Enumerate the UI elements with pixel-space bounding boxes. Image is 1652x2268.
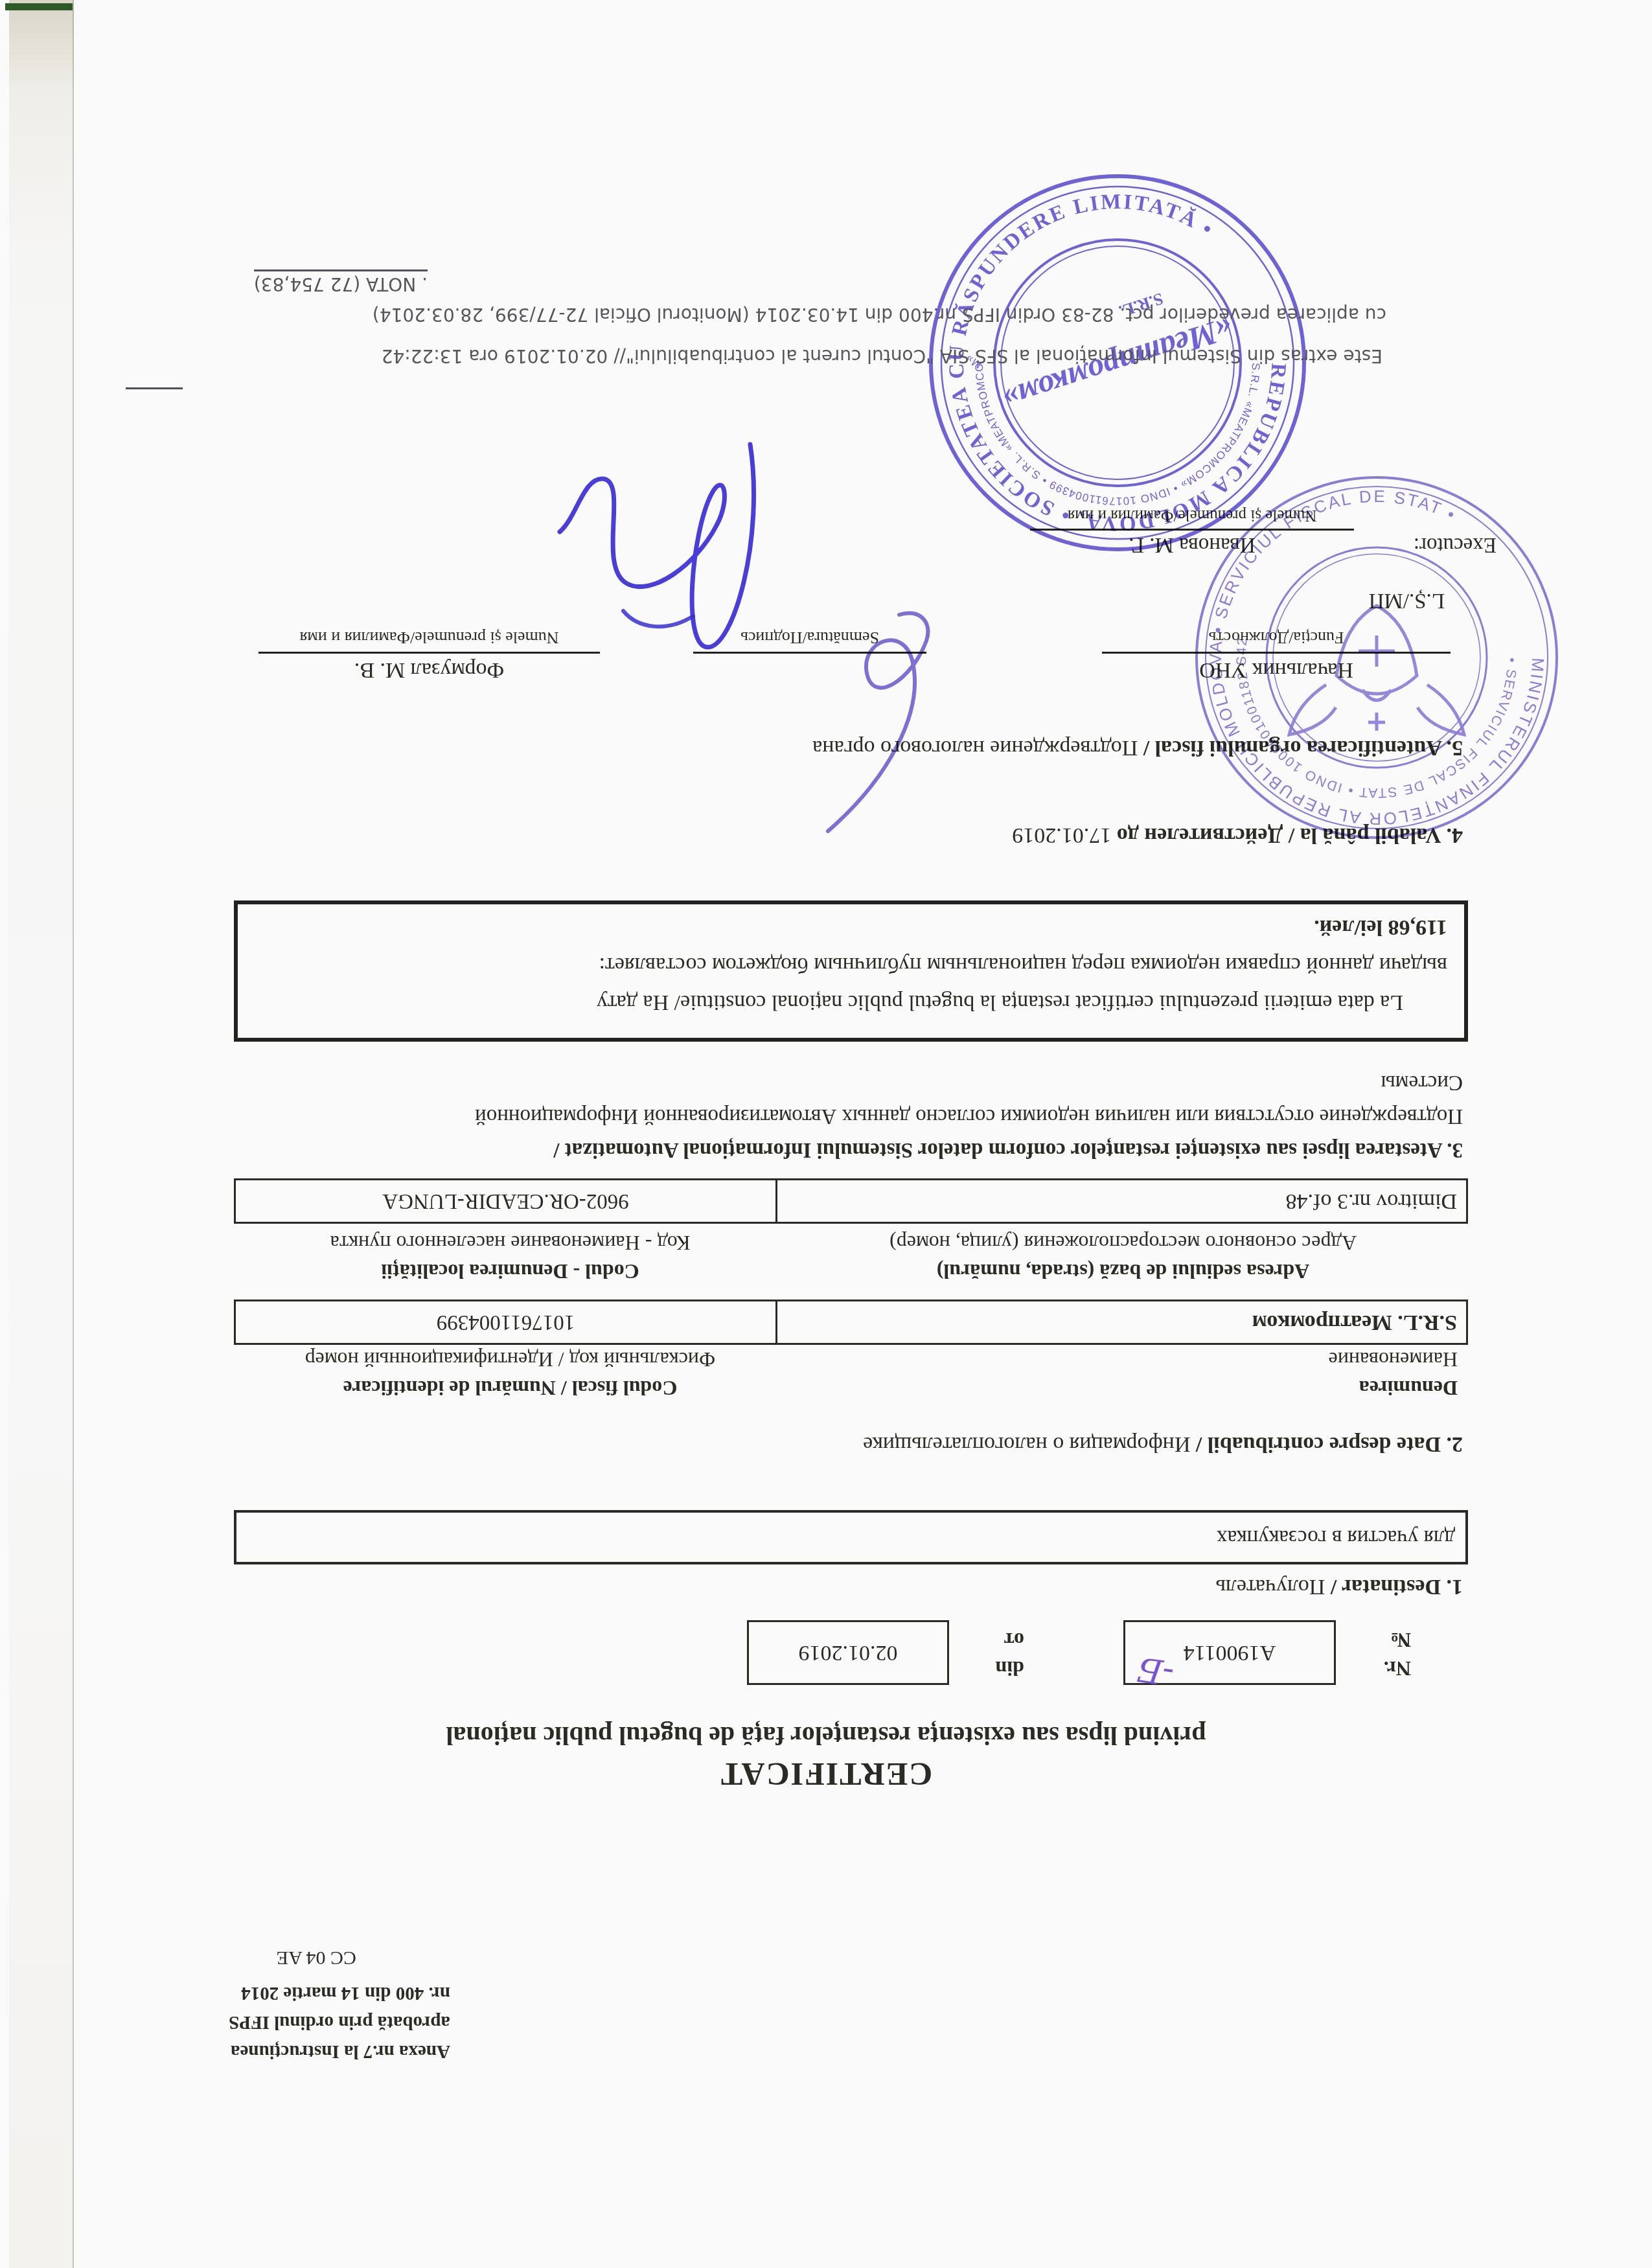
nr-label-ru: № <box>1384 1626 1411 1655</box>
note-line3: . NOTA (72 754,83) <box>254 269 428 295</box>
annex-line: nr. 400 din 14 martie 2014 <box>229 1978 450 2008</box>
restanta-box: La data emiterii prezentului certificat … <box>234 900 1468 1042</box>
section2-heading-ro: 2. Date despre contribuabil / <box>1196 1432 1463 1456</box>
col-header-name: Denumirea Наименование <box>810 1346 1458 1403</box>
note-line2: cu aplicarea prevederilor pct. 82-83 Ord… <box>253 293 1425 335</box>
scanner-edge-green <box>5 3 73 10</box>
nr-label-ro: Nr. <box>1384 1655 1411 1683</box>
col-header-locality: Codul - Denumirea localității Код - Наим… <box>232 1229 788 1286</box>
director-signature <box>544 422 790 694</box>
fiscal-code-value: 1017611004399 <box>236 1301 775 1343</box>
section1-heading: 1. Destinatar / Получатель <box>1215 1572 1463 1601</box>
scanned-certificate-page: Anexa nr.7 la Instrucțiunea aprobată pri… <box>0 0 1652 2268</box>
address-value: Dimitrov nr.3 of.48 <box>775 1180 1466 1222</box>
certificate-title: CERTIFICAT <box>0 1756 1652 1793</box>
section1-heading-ru: Получатель <box>1215 1575 1325 1599</box>
annex-reference: Anexa nr.7 la Instrucțiunea aprobată pri… <box>229 1978 450 2066</box>
locality-value: 9602-OR.CEADIR-LUNGA <box>236 1180 775 1222</box>
col-header-name-ro: Denumirea <box>810 1374 1458 1403</box>
name-value: S.R.L. Меатпромком <box>775 1301 1466 1343</box>
restanta-line1: La data emiterii prezentului certificat … <box>255 983 1447 1021</box>
restanta-line2: выдачи данной справки недоимка перед нац… <box>255 946 1447 983</box>
valid-date: 17.01.2019 <box>1012 823 1111 847</box>
note-line1: Este extras din Sistemul Informațional a… <box>253 335 1425 376</box>
col-header-fiscal-ro: Codul fiscal / Numărul de identificare <box>232 1374 788 1403</box>
nr-label: Nr. № <box>1384 1626 1411 1683</box>
col-header-address-ru: Адрес основного месторасположения (улица… <box>788 1229 1458 1257</box>
certificate-number: A1900114 <box>1184 1640 1276 1665</box>
din-label-ro: din <box>996 1655 1024 1683</box>
din-label: din от <box>996 1626 1024 1683</box>
destinatar-box: для участия в госзакупках <box>234 1510 1468 1564</box>
col-header-fiscal-ru: Фискальный код / Идентификационный номер <box>232 1346 788 1374</box>
certificate-subtitle: privind lipsa sau existența restanțelor … <box>0 1721 1652 1751</box>
annex-line: Anexa nr.7 la Instrucțiunea <box>229 2037 450 2066</box>
moldova-coat-of-arms-icon <box>1289 606 1464 735</box>
section1-heading-ro: 1. Destinatar / <box>1331 1575 1463 1599</box>
date-box: 02.01.2019 <box>747 1620 949 1685</box>
scanner-edge-dust <box>9 0 74 2268</box>
note-separator <box>126 387 183 389</box>
certificate-date: 02.01.2019 <box>799 1640 898 1665</box>
section2-heading: 2. Date despre contribuabil / Информация… <box>863 1430 1463 1458</box>
handwritten-mark: -Б <box>1135 1649 1176 1692</box>
col-header-locality-ru: Код - Наименование населенного пункта <box>232 1229 788 1257</box>
scanner-edge-line <box>73 0 74 2268</box>
section3-line1: 3. Atestarea lipsei sau existenței resta… <box>229 1133 1463 1167</box>
executor-signature <box>803 597 985 856</box>
col-header-locality-ro: Codul - Denumirea localității <box>232 1257 788 1286</box>
section3-text: 3. Atestarea lipsei sau existenței resta… <box>229 1066 1463 1167</box>
table-row-address: Dimitrov nr.3 of.48 9602-OR.CEADIR-LUNGA <box>234 1178 1468 1224</box>
certificate-document: Anexa nr.7 la Instrucțiunea aprobată pri… <box>0 0 1652 2268</box>
annex-line: aprobată prin ordinul IFPS <box>229 2008 450 2037</box>
form-code: CC 04 AE <box>277 1947 356 1969</box>
table-row-name: S.R.L. Меатпромком 1017611004399 <box>234 1300 1468 1345</box>
col-header-address: Adresa sediului de bază (strada, numărul… <box>788 1229 1458 1286</box>
col-header-name-ru: Наименование <box>810 1346 1458 1374</box>
col-header-fiscal: Codul fiscal / Numărul de identificare Ф… <box>232 1346 788 1403</box>
note-text: Este extras din Sistemul Informațional a… <box>253 293 1425 376</box>
restanta-amount: 119,68 lei/лей. <box>255 908 1447 946</box>
col-header-address-ro: Adresa sediului de bază (strada, numărul… <box>788 1257 1458 1286</box>
section3-line2: Подтверждение отсутствия или наличия нед… <box>229 1099 1463 1133</box>
din-label-ru: от <box>996 1626 1024 1655</box>
section2-heading-ru: Информация о налогоплательщике <box>863 1432 1190 1456</box>
destinatar-value: для участия в госзакупках <box>1217 1526 1455 1550</box>
section3-line3: Системы <box>229 1066 1463 1099</box>
